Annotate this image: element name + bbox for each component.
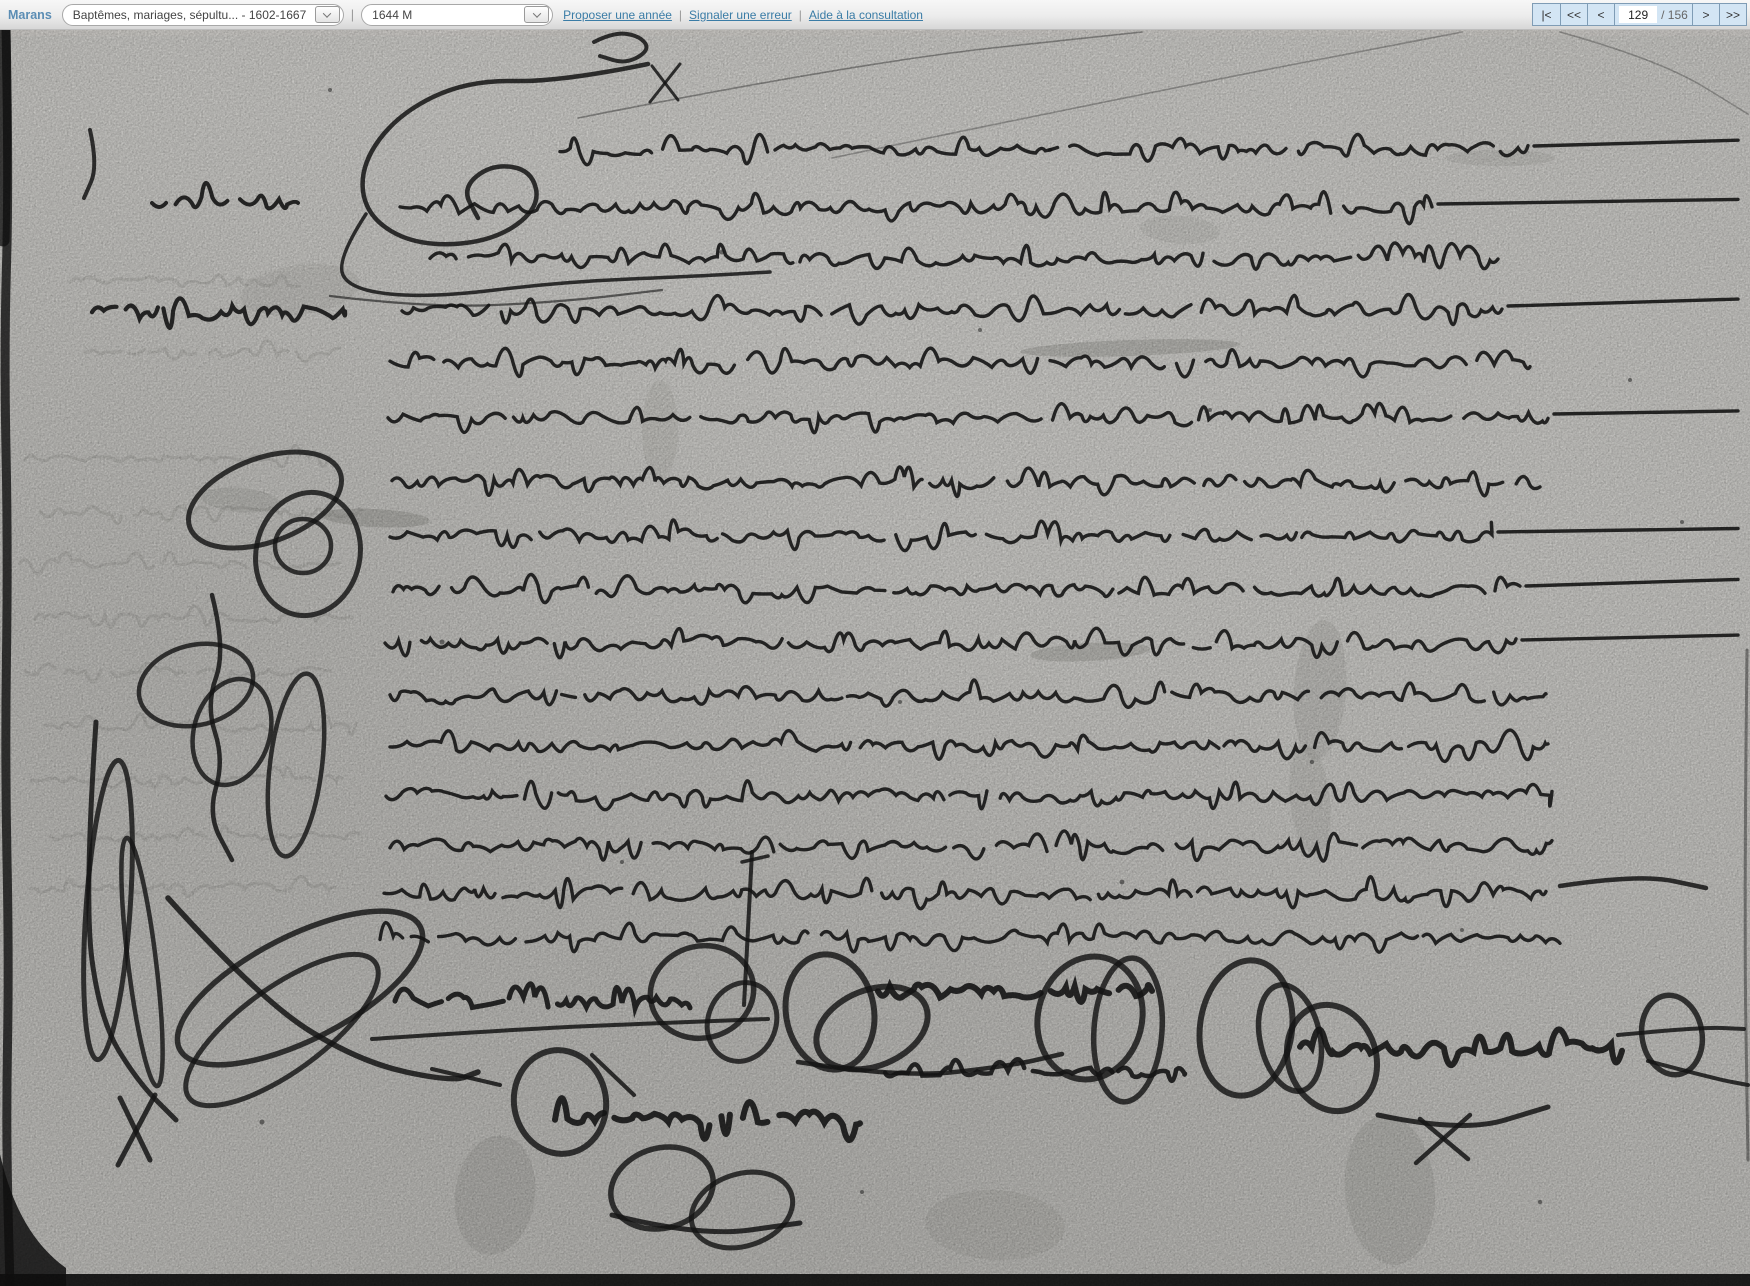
propose-year-link[interactable]: Proposer une année	[563, 8, 672, 22]
manuscript-svg	[0, 30, 1750, 1286]
link-separator: |	[799, 8, 802, 22]
archive-name: Marans	[8, 8, 52, 22]
chevron-glyph	[532, 9, 540, 17]
chevron-down-icon[interactable]	[524, 6, 549, 23]
next-page-button[interactable]: >	[1692, 4, 1719, 25]
year-select[interactable]: 1644 M	[361, 4, 553, 26]
toolbar: Marans Baptêmes, mariages, sépultu... - …	[0, 0, 1750, 30]
year-select-value: 1644 M	[372, 8, 412, 22]
page-total: / 156	[1661, 8, 1688, 22]
previous-page-button[interactable]: <	[1587, 4, 1614, 25]
register-select-value: Baptêmes, mariages, sépultu... - 1602-16…	[73, 8, 306, 22]
report-error-link[interactable]: Signaler une erreur	[689, 8, 792, 22]
help-link[interactable]: Aide à la consultation	[809, 8, 923, 22]
back-10-pages-button[interactable]: <<	[1560, 4, 1587, 25]
paper-grain	[0, 30, 1750, 1286]
last-page-button[interactable]: >>	[1719, 4, 1746, 25]
toolbar-links: Proposer une année | Signaler une erreur…	[563, 8, 923, 22]
chevron-glyph	[323, 9, 331, 17]
first-page-button[interactable]: |<	[1533, 4, 1560, 25]
link-separator: |	[679, 8, 682, 22]
register-select[interactable]: Baptêmes, mariages, sépultu... - 1602-16…	[62, 4, 344, 26]
page-number-input[interactable]	[1619, 6, 1657, 23]
page-indicator: / 156	[1614, 4, 1692, 25]
toolbar-separator: |	[351, 7, 354, 22]
document-viewport[interactable]	[0, 30, 1750, 1286]
chevron-down-icon[interactable]	[315, 6, 340, 23]
page-navigation: |< << < / 156 > >>	[1532, 3, 1747, 26]
